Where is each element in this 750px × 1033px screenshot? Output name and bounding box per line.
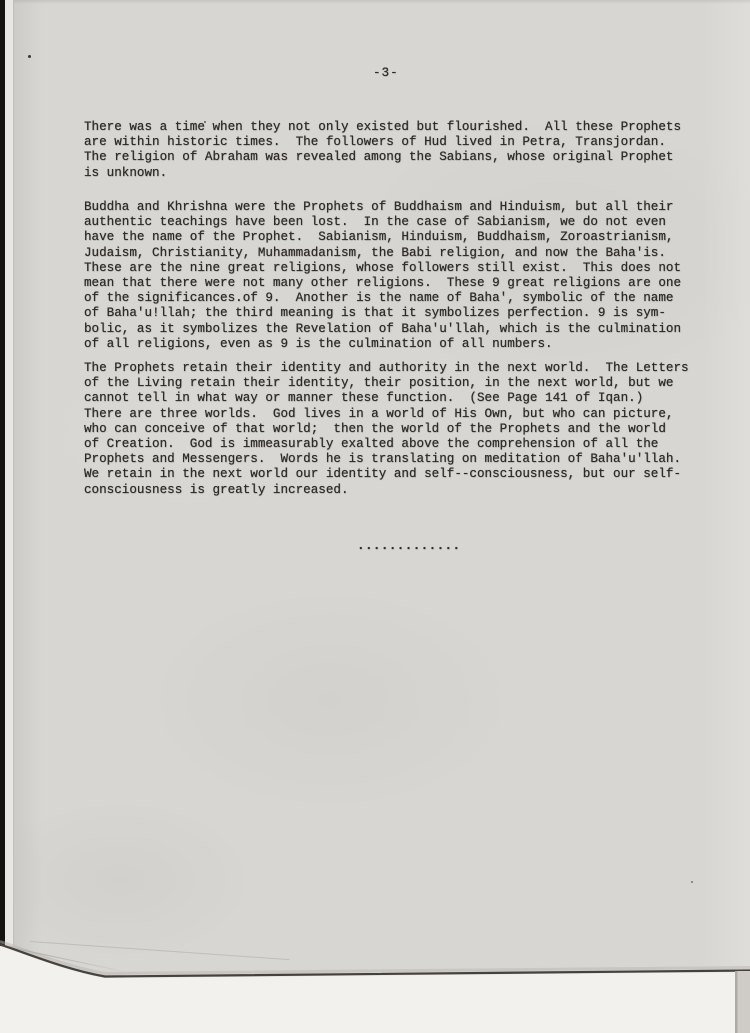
paragraph-3: The Prophets retain their identity and a… bbox=[84, 361, 714, 498]
paper-speck bbox=[28, 55, 31, 58]
paper-speck bbox=[691, 881, 693, 883]
scanned-page: -3- There was a time when they not only … bbox=[0, 0, 750, 1033]
scan-edge-right-band-line bbox=[735, 971, 738, 1033]
page-number: -3- bbox=[373, 66, 399, 81]
scanner-background-area bbox=[0, 946, 750, 1033]
paragraph-2: Buddha and Khrishna were the Prophets of… bbox=[84, 200, 714, 352]
scan-edge-left-light-strip bbox=[5, 0, 14, 946]
paper-bottom-edge-highlight bbox=[0, 942, 750, 974]
paper-speck bbox=[204, 121, 206, 123]
separator-dots: ............. bbox=[357, 539, 460, 554]
paragraph-1: There was a time when they not only exis… bbox=[84, 120, 714, 181]
paper-bottom-edge bbox=[0, 930, 750, 1033]
scan-edge-right-band bbox=[736, 971, 750, 1033]
